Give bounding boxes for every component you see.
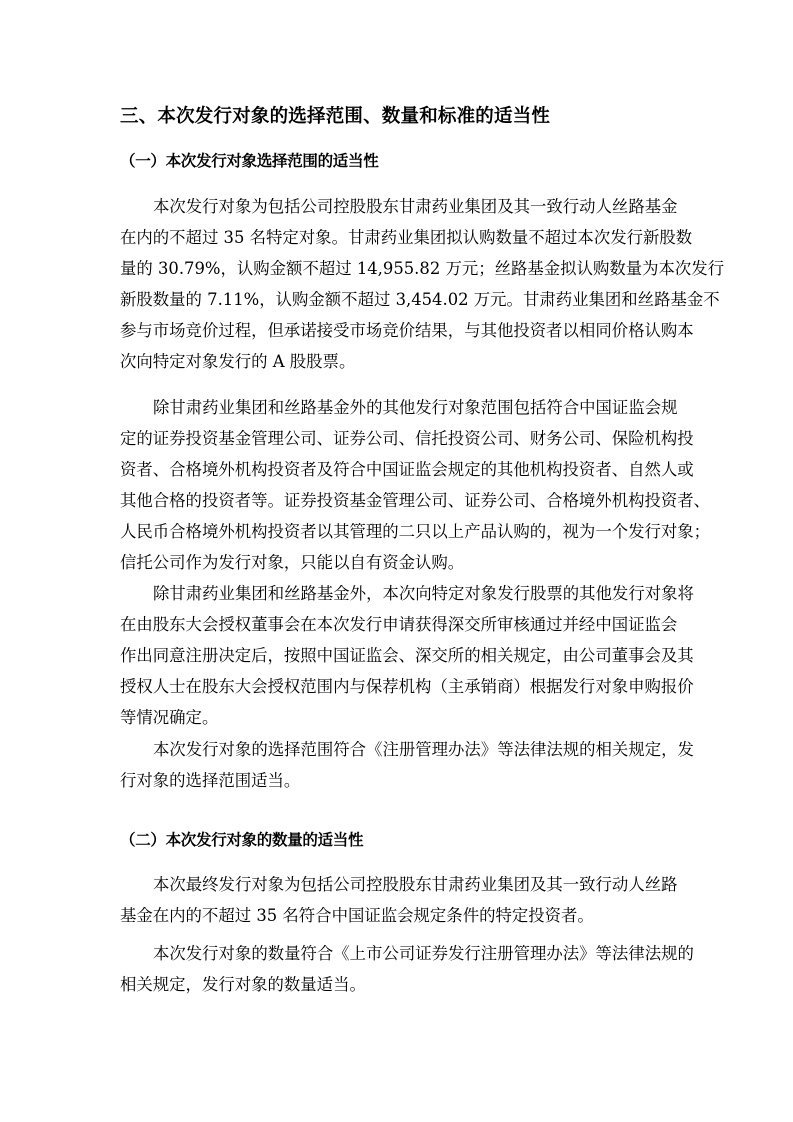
subsection-heading-2: （二）本次发行对象的数量的适当性 [120, 829, 680, 851]
paragraph-1: 本次发行对象为包括公司控股股东甘肃药业集团及其一致行动人丝路基金 在内的不超过 … [120, 191, 676, 377]
paragraph-3: 除甘肃药业集团和丝路基金外，本次向特定对象发行股票的其他发行对象将 在由股东大会… [120, 578, 676, 733]
text-line: 本次发行对象的选择范围符合《注册管理办法》等法律法规的相关规定，发 [120, 734, 676, 765]
text-line: 作出同意注册决定后，按照中国证监会、深交所的相关规定，由公司董事会及其 [120, 640, 676, 671]
text-line: 次向特定对象发行的 A 股股票。 [120, 346, 676, 377]
text-line: 人民币合格境外机构投资者以其管理的二只以上产品认购的，视为一个发行对象； [120, 516, 676, 547]
text-line: 基金在内的不超过 35 名符合中国证监会规定条件的特定投资者。 [120, 900, 676, 931]
text-line: 等情况确定。 [120, 702, 676, 733]
text-line: 授权人士在股东大会授权范围内与保荐机构（主承销商）根据发行对象申购报价 [120, 671, 676, 702]
text-line: 本次发行对象为包括公司控股股东甘肃药业集团及其一致行动人丝路基金 [120, 191, 676, 222]
paragraph-5: 本次最终发行对象为包括公司控股股东甘肃药业集团及其一致行动人丝路 基金在内的不超… [120, 869, 676, 931]
text-line: 除甘肃药业集团和丝路基金外，本次向特定对象发行股票的其他发行对象将 [120, 578, 676, 609]
text-line: 本次发行对象的数量符合《上市公司证券发行注册管理办法》等法律法规的 [120, 938, 676, 969]
text-line: 参与市场竞价过程，但承诺接受市场竞价结果，与其他投资者以相同价格认购本 [120, 315, 676, 346]
text-line: 资者、合格境外机构投资者及符合中国证监会规定的其他机构投资者、自然人或 [120, 454, 676, 485]
text-line: 定的证券投资基金管理公司、证券公司、信托投资公司、财务公司、保险机构投 [120, 423, 676, 454]
text-line: 在内的不超过 35 名特定对象。甘肃药业集团拟认购数量不超过本次发行新股数 [120, 222, 676, 253]
paragraph-4: 本次发行对象的选择范围符合《注册管理办法》等法律法规的相关规定，发 行对象的选择… [120, 734, 676, 796]
text-line: 量的 30.79%，认购金额不超过 14,955.82 万元；丝路基金拟认购数量… [120, 253, 676, 284]
text-line: 信托公司作为发行对象，只能以自有资金认购。 [120, 547, 676, 578]
text-line: 行对象的选择范围适当。 [120, 765, 676, 796]
text-line: 除甘肃药业集团和丝路基金外的其他发行对象范围包括符合中国证监会规 [120, 392, 676, 423]
section-heading: 三、本次发行对象的选择范围、数量和标准的适当性 [120, 105, 720, 129]
text-line: 新股数量的 7.11%，认购金额不超过 3,454.02 万元。甘肃药业集团和丝… [120, 284, 676, 315]
subsection-heading-1: （一）本次发行对象选择范围的适当性 [120, 150, 680, 172]
text-line: 相关规定，发行对象的数量适当。 [120, 969, 676, 1000]
paragraph-2: 除甘肃药业集团和丝路基金外的其他发行对象范围包括符合中国证监会规 定的证券投资基… [120, 392, 676, 578]
text-line: 在由股东大会授权董事会在本次发行申请获得深交所审核通过并经中国证监会 [120, 609, 676, 640]
text-line: 其他合格的投资者等。证券投资基金管理公司、证券公司、合格境外机构投资者、 [120, 485, 676, 516]
paragraph-6: 本次发行对象的数量符合《上市公司证券发行注册管理办法》等法律法规的 相关规定，发… [120, 938, 676, 1000]
text-line: 本次最终发行对象为包括公司控股股东甘肃药业集团及其一致行动人丝路 [120, 869, 676, 900]
